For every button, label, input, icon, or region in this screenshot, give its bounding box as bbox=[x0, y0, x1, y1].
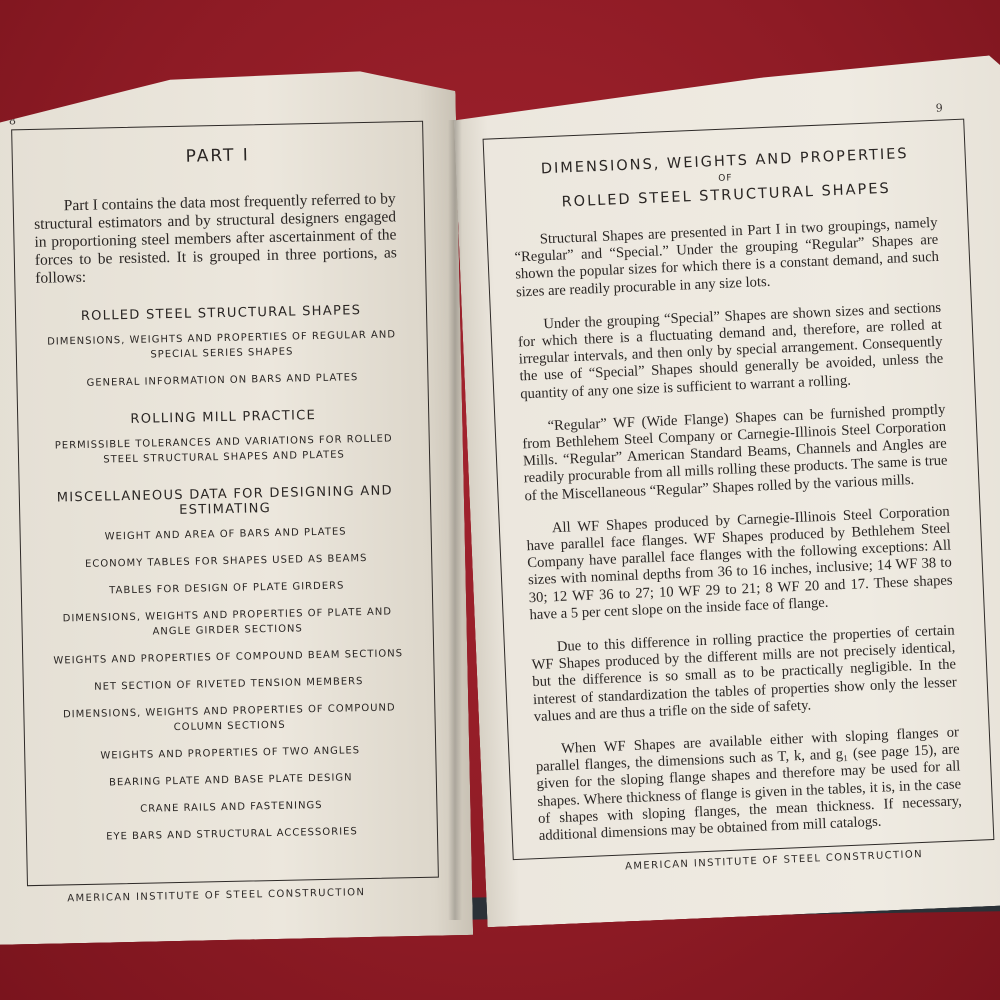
toc-section: ROLLED STEEL STRUCTURAL SHAPES DIMENSION… bbox=[26, 302, 418, 392]
toc-heading: ROLLING MILL PRACTICE bbox=[28, 406, 418, 429]
toc-item: PERMISSIBLE TOLERANCES AND VARIATIONS FO… bbox=[44, 431, 405, 469]
book-spine-gutter bbox=[448, 120, 462, 920]
toc-item: CRANE RAILS AND FASTENINGS bbox=[51, 796, 411, 819]
toc-section: MISCELLANEOUS DATA FOR DESIGNING AND EST… bbox=[30, 483, 427, 846]
toc-section: ROLLING MILL PRACTICE PERMISSIBLE TOLERA… bbox=[28, 406, 419, 469]
toc-item: EYE BARS AND STRUCTURAL ACCESSORIES bbox=[52, 823, 412, 846]
toc-item: WEIGHT AND AREA OF BARS AND PLATES bbox=[46, 523, 406, 546]
paragraph: Structural Shapes are presented in Part … bbox=[514, 215, 941, 302]
toc-item: TABLES FOR DESIGN OF PLATE GIRDERS bbox=[47, 577, 407, 600]
toc-item: DIMENSIONS, WEIGHTS AND PROPERTIES OF RE… bbox=[41, 327, 402, 365]
intro-paragraph: Part I contains the data most frequently… bbox=[34, 190, 398, 288]
toc-heading: ROLLED STEEL STRUCTURAL SHAPES bbox=[26, 302, 416, 325]
part-title: PART I bbox=[13, 142, 423, 171]
table-of-contents: ROLLED STEEL STRUCTURAL SHAPES DIMENSION… bbox=[26, 302, 427, 846]
toc-item: ECONOMY TABLES FOR SHAPES USED AS BEAMS bbox=[46, 550, 406, 573]
toc-item: DIMENSIONS, WEIGHTS AND PROPERTIES OF CO… bbox=[49, 700, 410, 738]
page-footer: American Institute of Steel Construction bbox=[67, 887, 365, 904]
paragraph: All WF Shapes produced by Carnegie-Illin… bbox=[526, 503, 954, 624]
page-number: 8 bbox=[9, 114, 16, 127]
left-page: 8 PART I Part I contains the data most f… bbox=[0, 65, 473, 945]
right-page: 9 DIMENSIONS, WEIGHTS AND PROPERTIES OF … bbox=[452, 55, 1000, 928]
page-number: 9 bbox=[935, 101, 943, 114]
toc-heading: MISCELLANEOUS DATA FOR DESIGNING AND EST… bbox=[30, 483, 421, 521]
toc-item: WEIGHTS AND PROPERTIES OF TWO ANGLES bbox=[50, 742, 410, 765]
page-frame: PART I Part I contains the data most fre… bbox=[11, 121, 439, 886]
toc-item: BEARING PLATE AND BASE PLATE DESIGN bbox=[51, 769, 411, 792]
body-text: Structural Shapes are presented in Part … bbox=[514, 215, 963, 846]
toc-item: DIMENSIONS, WEIGHTS AND PROPERTIES OF PL… bbox=[47, 604, 408, 642]
paragraph: Due to this difference in rolling practi… bbox=[531, 623, 958, 727]
paragraph: Under the grouping “Special” Shapes are … bbox=[517, 300, 944, 404]
page-frame: DIMENSIONS, WEIGHTS AND PROPERTIES OF RO… bbox=[483, 119, 995, 861]
toc-item: GENERAL INFORMATION ON BARS AND PLATES bbox=[42, 369, 402, 392]
paragraph: When WF Shapes are available either with… bbox=[535, 724, 963, 845]
page-title: DIMENSIONS, WEIGHTS AND PROPERTIES OF RO… bbox=[485, 142, 967, 216]
toc-item: WEIGHTS AND PROPERTIES OF COMPOUND BEAM … bbox=[48, 646, 408, 669]
paragraph: “Regular” WF (Wide Flange) Shapes can be… bbox=[521, 401, 948, 505]
toc-item: NET SECTION OF RIVETED TENSION MEMBERS bbox=[49, 673, 409, 696]
